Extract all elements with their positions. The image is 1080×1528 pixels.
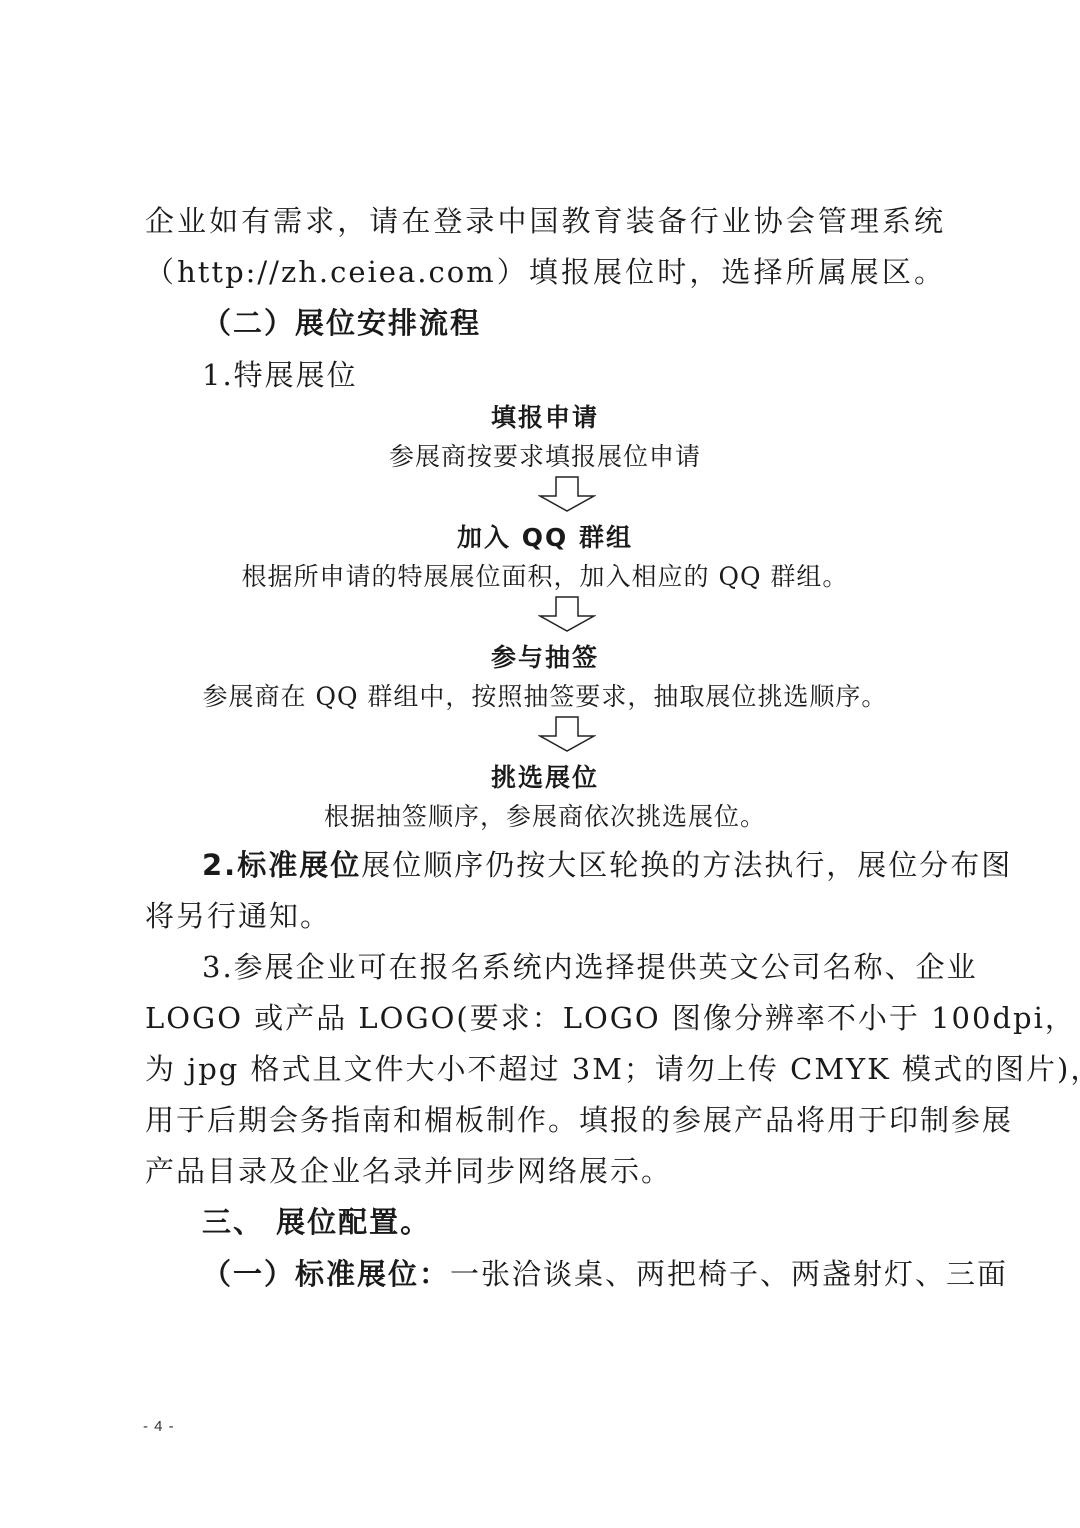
item3-line-3: 为 jpg 格式且文件大小不超过 3M；请勿上传 CMYK 模式的图片)， xyxy=(145,1049,945,1089)
down-arrow-icon xyxy=(538,716,596,752)
flow-step-4-title: 挑选展位 xyxy=(0,758,1080,798)
intro-line-1: 企业如有需求，请在登录中国教育装备行业协会管理系统 xyxy=(145,201,945,241)
page-number: - 4 - xyxy=(143,1418,175,1435)
item3-line-1: 3.参展企业可在报名系统内选择提供英文公司名称、企业 xyxy=(202,947,945,987)
flow-step-2-desc: 根据所申请的特展展位面积，加入相应的 QQ 群组。 xyxy=(0,557,1080,597)
item3-line-5: 产品目录及企业名录并同步网络展示。 xyxy=(145,1151,672,1191)
intro-line-2: （http://zh.ceiea.com）填报展位时，选择所属展区。 xyxy=(145,252,945,292)
section3-item1-text: 一张洽谈桌、两把椅子、两盏射灯、三面 xyxy=(450,1257,1008,1291)
item3-line-2: LOGO 或产品 LOGO(要求：LOGO 图像分辨率不小于 100dpi，白底… xyxy=(145,998,945,1038)
subsection2-label: 2.标准展位 xyxy=(202,848,361,882)
flow-step-3-title: 参与抽签 xyxy=(0,638,1080,678)
subsection1-heading: 1.特展展位 xyxy=(202,355,358,395)
flow-step-2-title: 加入 QQ 群组 xyxy=(0,518,1080,558)
flow-step-1-title: 填报申请 xyxy=(0,398,1080,438)
flow-step-3-desc: 参展商在 QQ 群组中，按照抽签要求，抽取展位挑选顺序。 xyxy=(0,677,1080,717)
subsection2-line-2: 将另行通知。 xyxy=(145,896,331,936)
subsection2-line-1: 2.标准展位展位顺序仍按大区轮换的方法执行，展位分布图 xyxy=(202,845,945,885)
flow-step-1-desc: 参展商按要求填报展位申请 xyxy=(0,437,1080,477)
down-arrow-icon xyxy=(538,596,596,632)
flow-step-4-desc: 根据抽签顺序，参展商依次挑选展位。 xyxy=(0,797,1080,837)
item3-line-4: 用于后期会务指南和楣板制作。填报的参展产品将用于印制参展 xyxy=(145,1100,945,1140)
subsection2-text: 展位顺序仍按大区轮换的方法执行，展位分布图 xyxy=(361,848,1012,882)
section3-item1: （一）标准展位：一张洽谈桌、两把椅子、两盏射灯、三面 xyxy=(202,1254,945,1294)
section3-heading: 三、 展位配置。 xyxy=(202,1202,431,1242)
section2-heading: （二）展位安排流程 xyxy=(202,303,481,343)
section3-item1-label: （一）标准展位： xyxy=(202,1257,450,1291)
down-arrow-icon xyxy=(538,476,596,512)
